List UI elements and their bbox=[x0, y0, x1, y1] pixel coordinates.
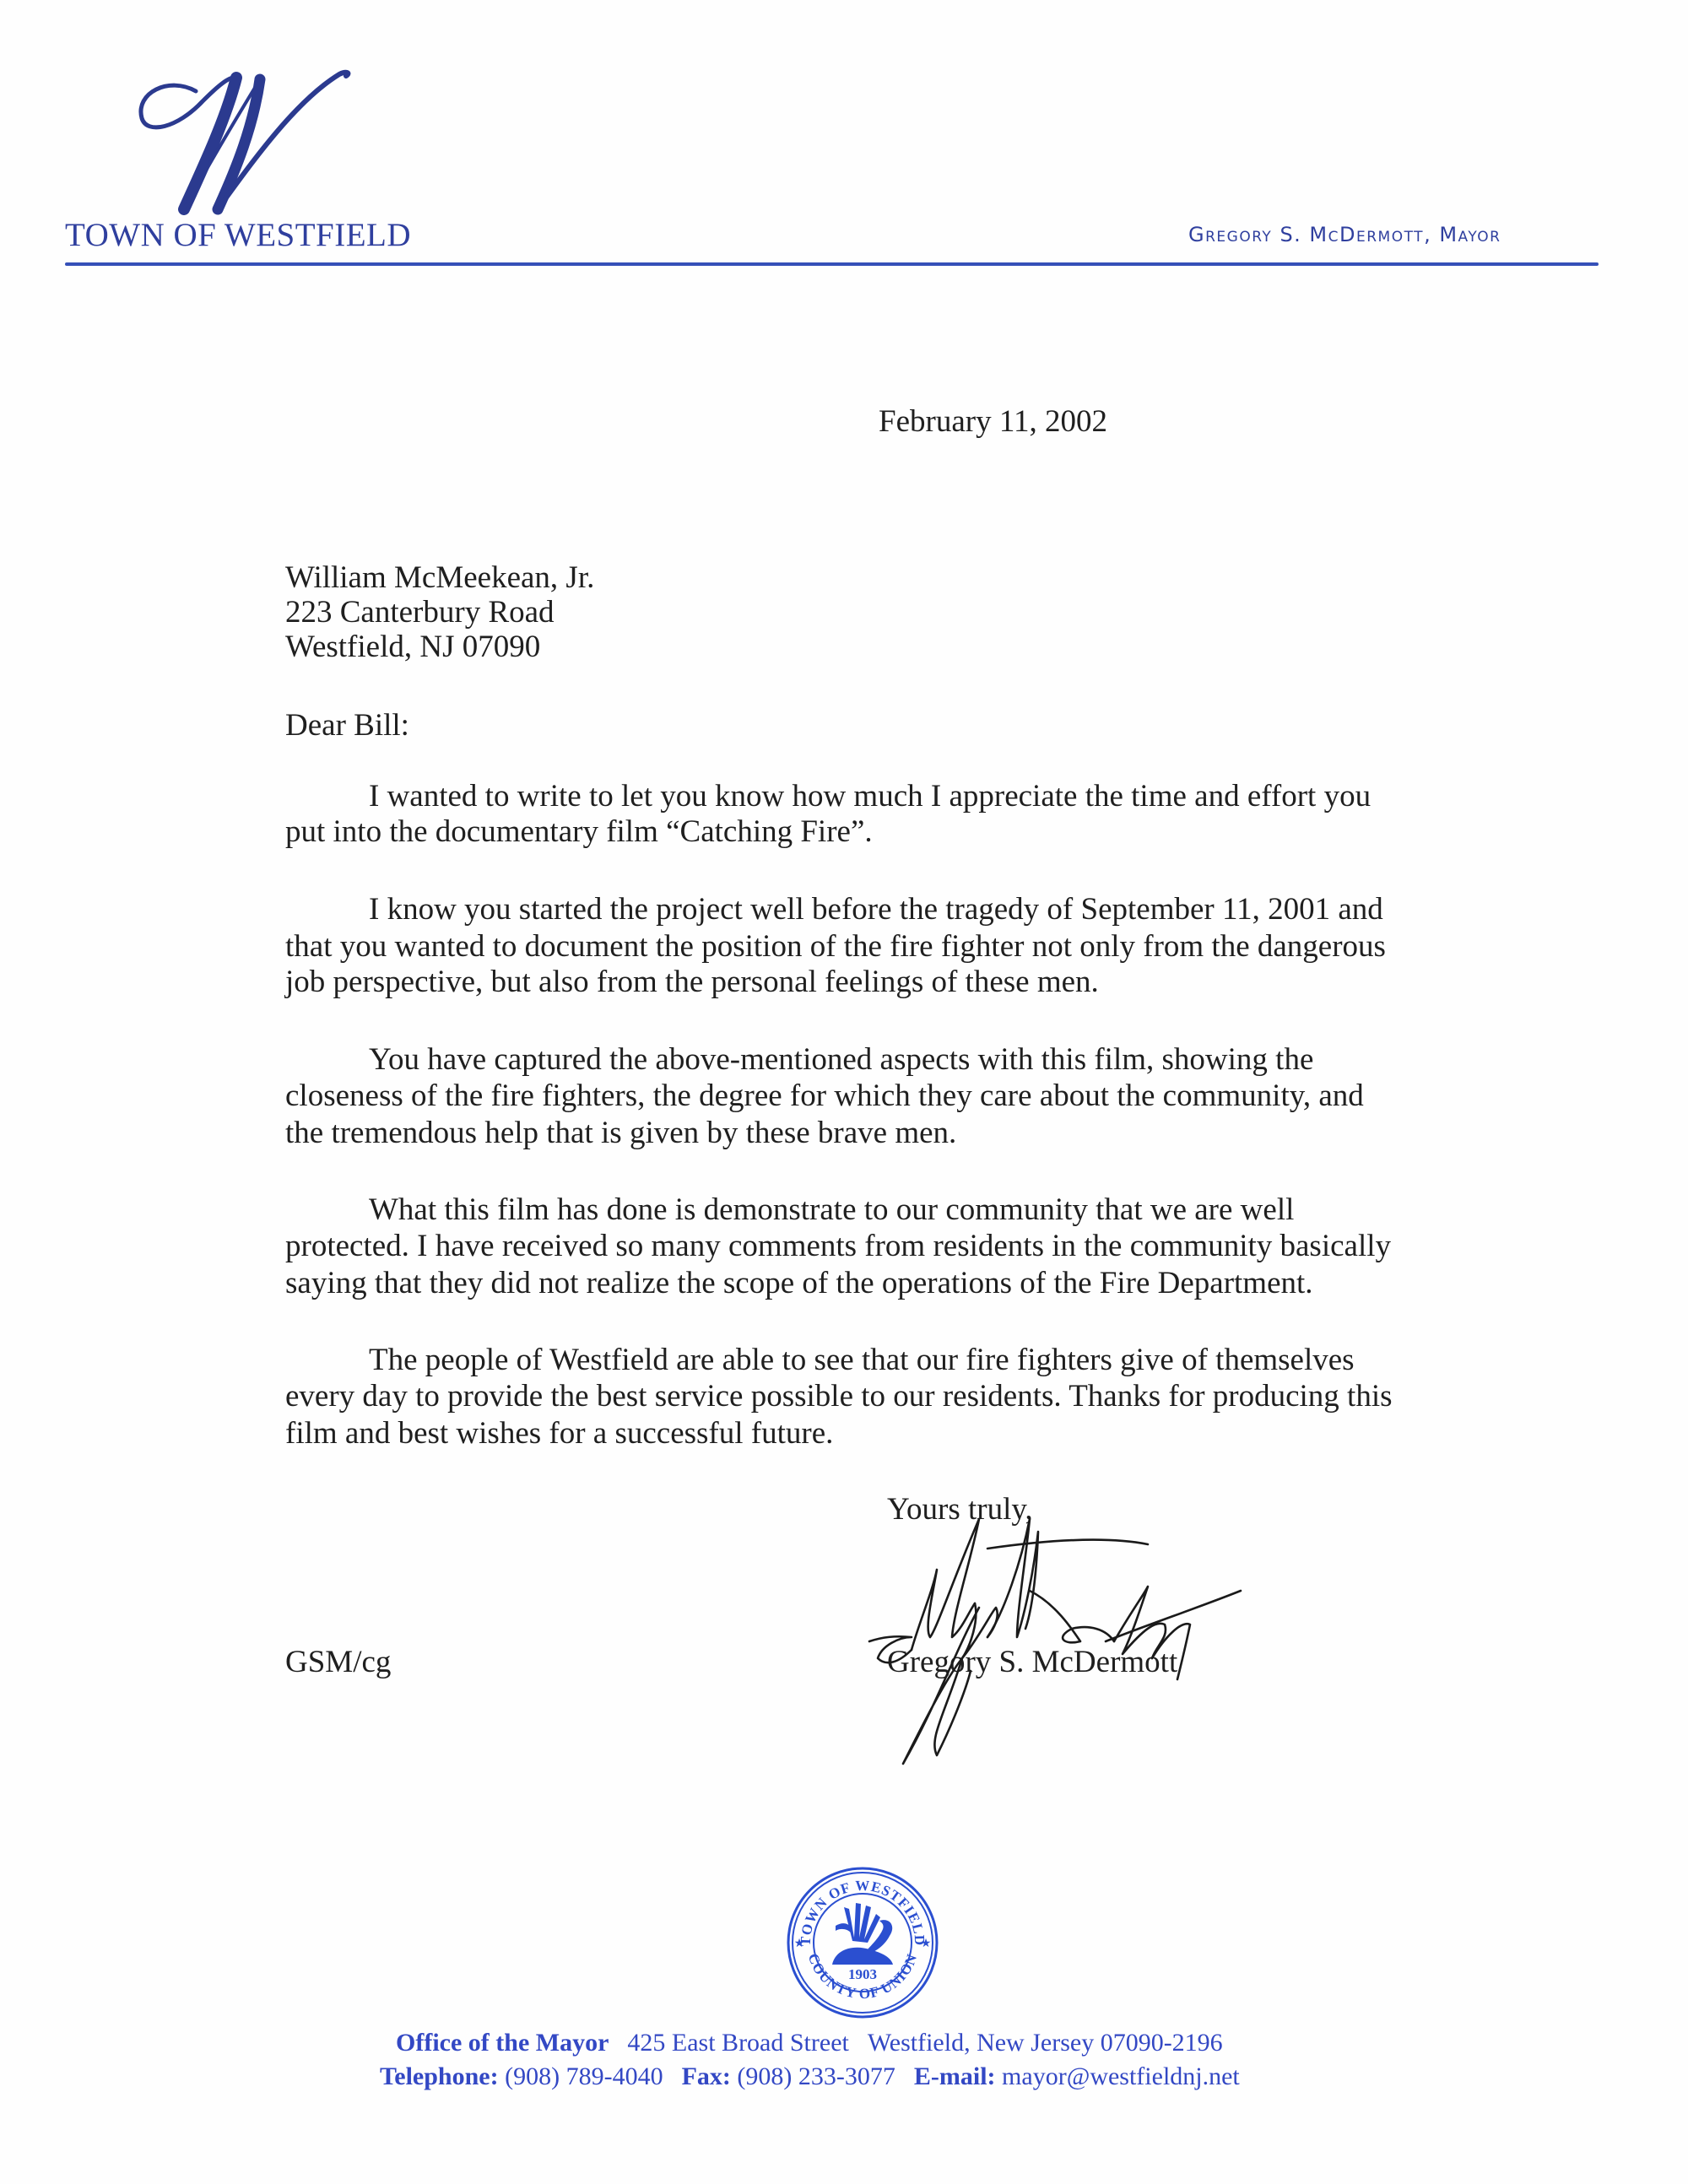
town-logo-w-icon bbox=[118, 68, 388, 215]
footer-street: 425 East Broad Street bbox=[627, 2029, 848, 2057]
paragraph-line: You have captured the above-mentioned as… bbox=[369, 1041, 1313, 1078]
svg-text:1903: 1903 bbox=[848, 1966, 877, 1982]
footer-telephone: (908) 789-4040 bbox=[505, 2062, 663, 2090]
svg-text:★: ★ bbox=[794, 1938, 805, 1950]
recipient-city: Westfield, NJ 07090 bbox=[285, 629, 540, 665]
paragraph-line: job perspective, but also from the perso… bbox=[285, 964, 1099, 1000]
recipient-street: 223 Canterbury Road bbox=[285, 594, 555, 630]
footer-address: Office of the Mayor425 East Broad Street… bbox=[396, 2029, 1223, 2057]
footer-fax-label: Fax: bbox=[682, 2062, 731, 2090]
footer-fax: (908) 233-3077 bbox=[737, 2062, 895, 2090]
recipient-name: William McMeekean, Jr. bbox=[285, 560, 594, 596]
footer-city: Westfield, New Jersey 07090-2196 bbox=[868, 2029, 1223, 2057]
paragraph-line: every day to provide the best service po… bbox=[285, 1378, 1393, 1414]
paragraph-line: saying that they did not realize the sco… bbox=[285, 1265, 1313, 1301]
footer-email-label: E-mail: bbox=[914, 2062, 996, 2090]
salutation: Dear Bill: bbox=[285, 707, 409, 743]
paragraph-line: film and best wishes for a successful fu… bbox=[285, 1415, 833, 1451]
letter-page: TOWN OF WESTFIELD Gregory S. McDermott, … bbox=[0, 0, 1688, 2184]
letter-date: February 11, 2002 bbox=[879, 403, 1107, 440]
footer-email-link[interactable]: mayor@westfieldnj.net bbox=[1002, 2062, 1240, 2090]
signature-icon bbox=[852, 1511, 1291, 1789]
paragraph-line: What this film has done is demonstrate t… bbox=[369, 1192, 1294, 1228]
typist-initials: GSM/cg bbox=[285, 1644, 391, 1680]
svg-text:★: ★ bbox=[921, 1938, 932, 1950]
town-seal-icon: TOWN OF WESTFIELD COUNTY OF UNION ★ ★ 19… bbox=[785, 1865, 940, 2020]
paragraph-line: protected. I have received so many comme… bbox=[285, 1228, 1391, 1264]
paragraph-line: I wanted to write to let you know how mu… bbox=[369, 778, 1371, 814]
letterhead-divider bbox=[65, 262, 1599, 266]
paragraph-line: closeness of the fire fighters, the degr… bbox=[285, 1078, 1364, 1114]
paragraph-line: that you wanted to document the position… bbox=[285, 928, 1386, 965]
footer-telephone-label: Telephone: bbox=[380, 2062, 499, 2090]
footer-contacts: Telephone: (908) 789-4040Fax: (908) 233-… bbox=[380, 2062, 1240, 2091]
paragraph-line: put into the documentary film “Catching … bbox=[285, 814, 873, 850]
footer-office-label: Office of the Mayor bbox=[396, 2029, 609, 2057]
paragraph-line: I know you started the project well befo… bbox=[369, 891, 1383, 927]
mayor-title: Gregory S. McDermott, Mayor bbox=[1188, 223, 1501, 246]
paragraph-line: the tremendous help that is given by the… bbox=[285, 1115, 956, 1151]
town-name: TOWN OF WESTFIELD bbox=[65, 216, 411, 254]
paragraph-line: The people of Westfield are able to see … bbox=[369, 1342, 1355, 1378]
